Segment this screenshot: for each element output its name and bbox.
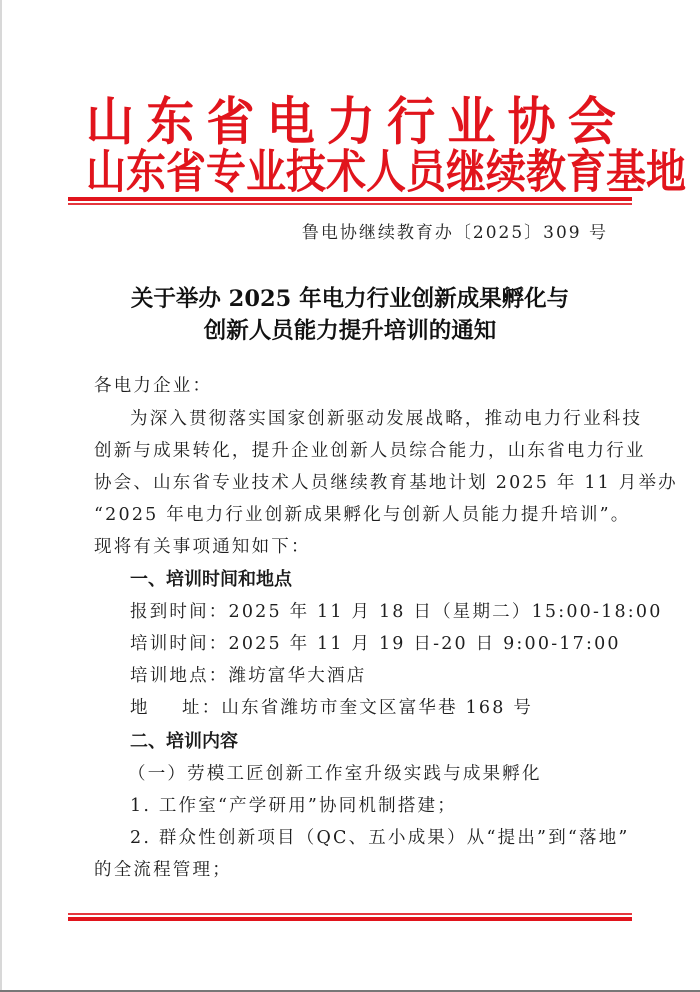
intro-line-5: 现将有关事项通知如下： bbox=[94, 533, 311, 558]
letterhead-char: 地 bbox=[646, 144, 686, 202]
letterhead-char: 省 bbox=[166, 144, 206, 202]
footer-rule-thin bbox=[68, 913, 632, 915]
letterhead-char: 会 bbox=[568, 94, 616, 150]
address-label-a: 地 bbox=[130, 694, 182, 719]
address-value: 山东省潍坊市奎文区富华巷 168 号 bbox=[221, 698, 533, 718]
page-edge-left bbox=[0, 0, 2, 992]
training-time-value: 2025 年 11 月 19 日-20 日 9:00-17:00 bbox=[229, 634, 621, 654]
letterhead-char: 业 bbox=[246, 144, 286, 202]
content-item-2-continued: 的全流程管理； bbox=[94, 856, 232, 881]
letterhead-char: 省 bbox=[206, 94, 254, 150]
letterhead-char: 员 bbox=[406, 144, 446, 202]
letterhead-char: 术 bbox=[326, 144, 366, 202]
letterhead-org-name: 山 东 省 电 力 行 业 协 会 bbox=[86, 94, 616, 150]
registration-time-row: 报到时间：2025 年 11 月 18 日（星期二）15:00-18:00 bbox=[130, 598, 663, 623]
letterhead-char: 东 bbox=[126, 144, 166, 202]
letterhead-char: 业 bbox=[447, 94, 495, 150]
letterhead-char: 电 bbox=[267, 94, 315, 150]
training-venue-value: 潍坊富华大酒店 bbox=[229, 666, 367, 686]
address-label-b: 址： bbox=[182, 698, 221, 718]
address-row: 地址：山东省潍坊市奎文区富华巷 168 号 bbox=[130, 694, 533, 719]
letterhead-char: 力 bbox=[327, 94, 375, 150]
letterhead-base-name: 山 东 省 专 业 技 术 人 员 继 续 教 育 基 地 bbox=[86, 144, 616, 202]
letterhead-char: 专 bbox=[206, 144, 246, 202]
intro-line-1: 为深入贯彻落实国家创新驱动发展战略，推动电力行业科技 bbox=[130, 405, 642, 430]
letterhead-char: 协 bbox=[508, 94, 556, 150]
intro-line-3: 协会、山东省专业技术人员继续教育基地计划 2025 年 11 月举办 bbox=[94, 469, 678, 494]
section-heading-time-location: 一、培训时间和地点 bbox=[130, 565, 292, 591]
letterhead-char: 行 bbox=[387, 94, 435, 150]
letterhead-char: 人 bbox=[366, 144, 406, 202]
letterhead-char: 基 bbox=[606, 144, 646, 202]
letterhead-char: 育 bbox=[566, 144, 606, 202]
letterhead-rule-thin bbox=[68, 203, 632, 205]
registration-time-value: 2025 年 11 月 18 日（星期二）15:00-18:00 bbox=[229, 602, 663, 622]
content-item-2: 2. 群众性创新项目（QC、五小成果）从“提出”到“落地” bbox=[130, 824, 630, 849]
footer-rule-thick bbox=[68, 917, 632, 921]
letterhead-char: 东 bbox=[146, 94, 194, 150]
training-venue-label: 培训地点： bbox=[130, 666, 229, 686]
section-heading-content: 二、培训内容 bbox=[130, 727, 238, 753]
training-time-label: 培训时间： bbox=[130, 634, 229, 654]
letterhead-char: 教 bbox=[526, 144, 566, 202]
intro-line-2: 创新与成果转化，提升企业创新人员综合能力，山东省电力行业 bbox=[94, 437, 646, 462]
letterhead-rule-thick bbox=[68, 197, 632, 201]
content-subheading-1: （一）劳模工匠创新工作室升级实践与成果孵化 bbox=[128, 760, 542, 785]
letterhead-char: 山 bbox=[86, 144, 126, 202]
registration-time-label: 报到时间： bbox=[130, 602, 229, 622]
letterhead-char: 技 bbox=[286, 144, 326, 202]
content-item-1: 1. 工作室“产学研用”协同机制搭建； bbox=[130, 792, 457, 817]
salutation: 各电力企业： bbox=[94, 372, 212, 397]
document-title-line1: 关于举办 2025 年电力行业创新成果孵化与 bbox=[0, 281, 700, 313]
document-number: 鲁电协继续教育办〔2025〕309 号 bbox=[302, 218, 608, 243]
letterhead-char: 继 bbox=[446, 144, 486, 202]
letterhead-char: 山 bbox=[86, 94, 134, 150]
training-venue-row: 培训地点：潍坊富华大酒店 bbox=[130, 662, 366, 687]
training-time-row: 培训时间：2025 年 11 月 19 日-20 日 9:00-17:00 bbox=[130, 630, 621, 655]
letterhead-char: 续 bbox=[486, 144, 526, 202]
intro-line-4: “2025 年电力行业创新成果孵化与创新人员能力提升培训”。 bbox=[94, 501, 631, 526]
document-title-line2: 创新人员能力提升培训的通知 bbox=[0, 313, 700, 345]
